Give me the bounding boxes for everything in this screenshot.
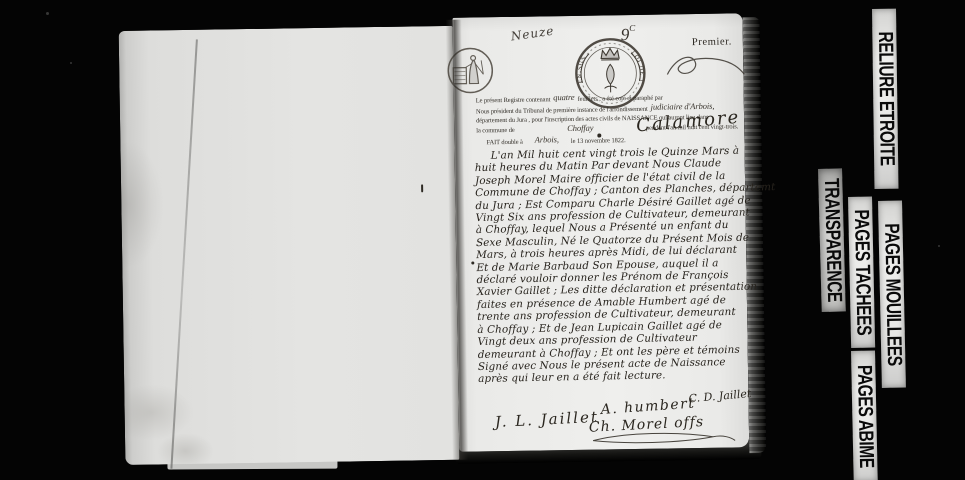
certificate-text: le 13 novembre 1822. — [571, 137, 626, 145]
tax-mark-number: 9 — [621, 25, 630, 44]
ink-blot — [597, 134, 601, 138]
ink-blot — [471, 262, 474, 265]
handwritten-birth-act: L'an Mil huit cent vingt trois le Quinze… — [475, 145, 749, 385]
label-pages-abime: PAGES ABIME — [851, 351, 965, 375]
label-transparence: TRANSPARENCE — [818, 169, 961, 193]
certificate-text: la commune de — [476, 126, 515, 136]
register-book: EN SUS LOI DE 1816 Neuze 9C Premier. Le … — [119, 13, 768, 473]
label-reliure-etroite: RELIURE ETROITE — [872, 9, 965, 33]
handwritten-insert: quatre — [550, 92, 577, 102]
ink-mark — [421, 184, 423, 192]
label-text: PAGES MOUILLEES — [879, 223, 906, 366]
handwritten-place: Arbois, — [523, 134, 571, 145]
signature-flourish-icon — [587, 429, 737, 449]
certificate-text: FAIT double à — [486, 139, 522, 147]
left-page-blank — [119, 26, 460, 465]
dust-speck — [938, 245, 940, 247]
signature-jl-jaillet: J. L. Jaillet — [494, 408, 599, 431]
label-text: PAGES ABIME — [851, 365, 877, 468]
microfilm-scan: EN SUS LOI DE 1816 Neuze 9C Premier. Le … — [0, 0, 965, 480]
page-fold-line — [170, 39, 197, 468]
right-page-act: EN SUS LOI DE 1816 Neuze 9C Premier. Le … — [452, 13, 749, 452]
dust-speck — [46, 12, 49, 15]
signature-cd-jaillet: C. D. Jaillet — [688, 387, 752, 405]
label-pages-tachees: PAGES TACHEES — [848, 197, 965, 221]
label-text: PAGES TACHEES — [848, 209, 874, 335]
label-text: RELIURE ETROITE — [872, 32, 898, 166]
dust-speck — [70, 62, 72, 64]
handwritten-folio-word: Neuze — [510, 24, 555, 44]
folio-label-premier: Premier. — [692, 36, 732, 48]
handwritten-tax-mark: 9C — [621, 23, 636, 45]
label-text: TRANSPARENCE — [818, 178, 845, 302]
tax-mark-sup: C — [629, 23, 635, 33]
president-paraph-icon — [663, 49, 747, 82]
certificate-text: Le présent Registre contenant — [476, 96, 551, 104]
handwritten-commune: Choffay — [564, 123, 596, 133]
